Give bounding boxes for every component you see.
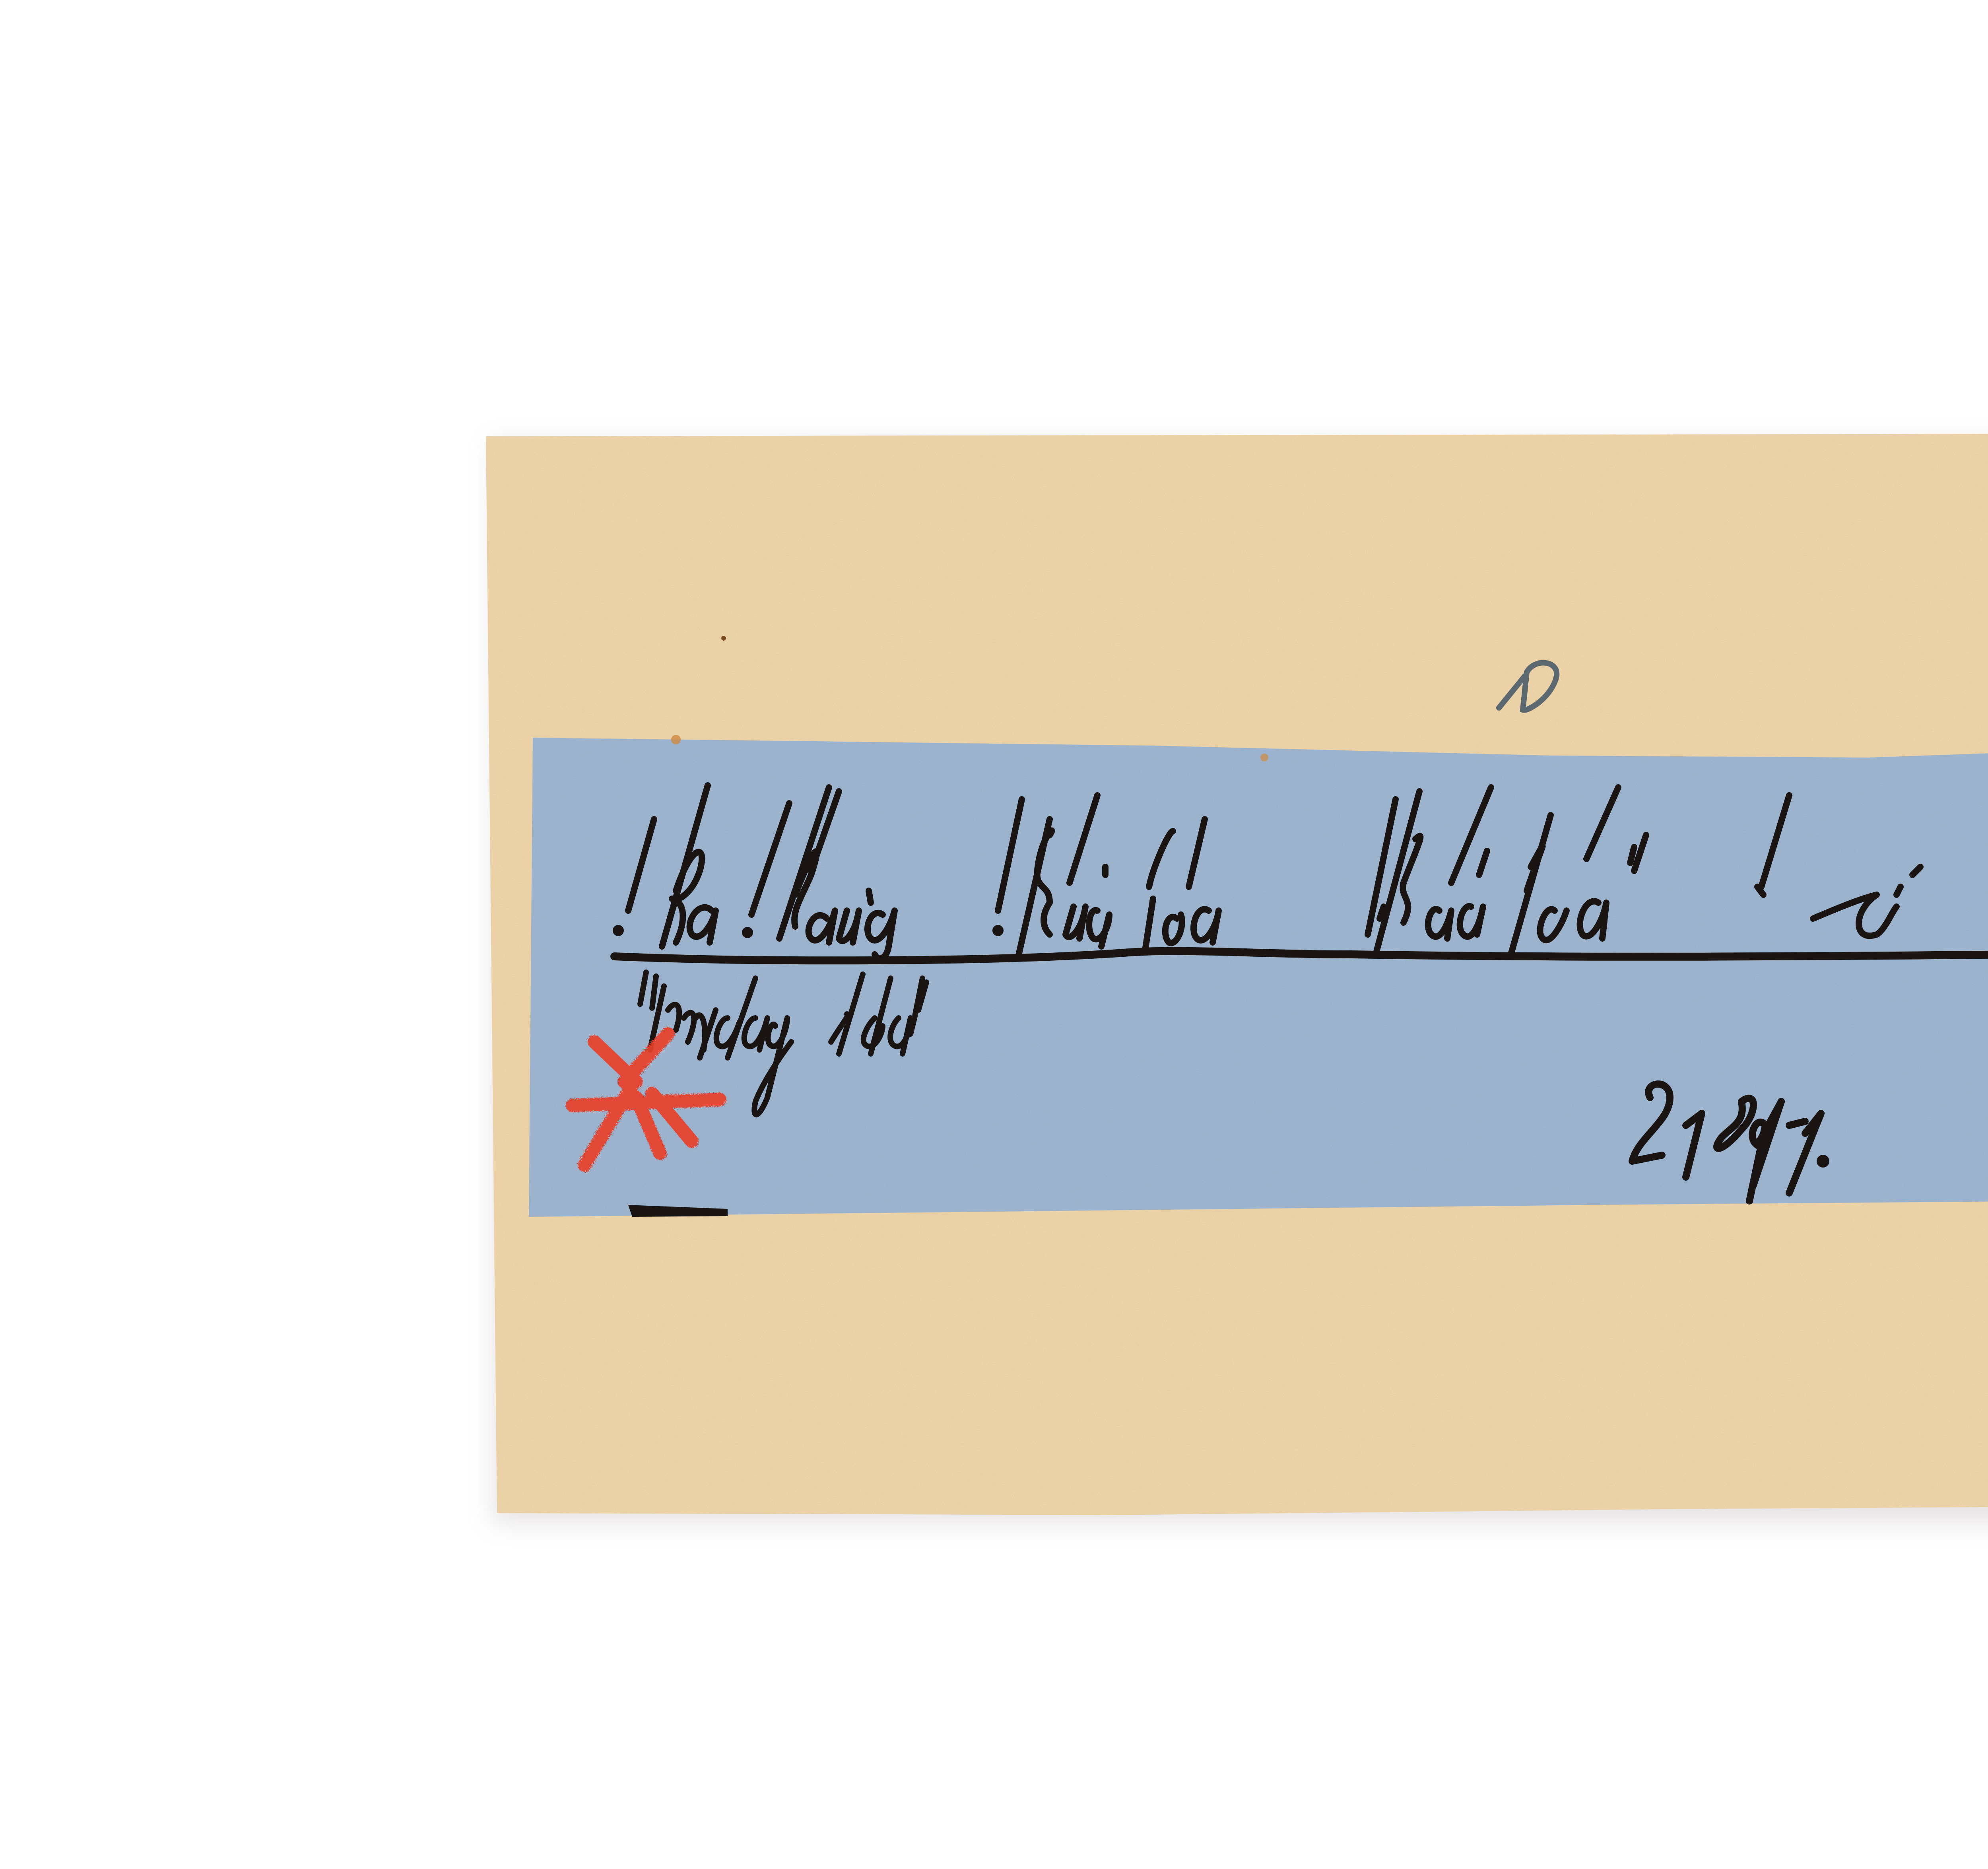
scan-canvas (0, 0, 1988, 1869)
document-scan: 10 !ka !kauä !kuiï koä "run along below"… (0, 0, 1988, 1869)
